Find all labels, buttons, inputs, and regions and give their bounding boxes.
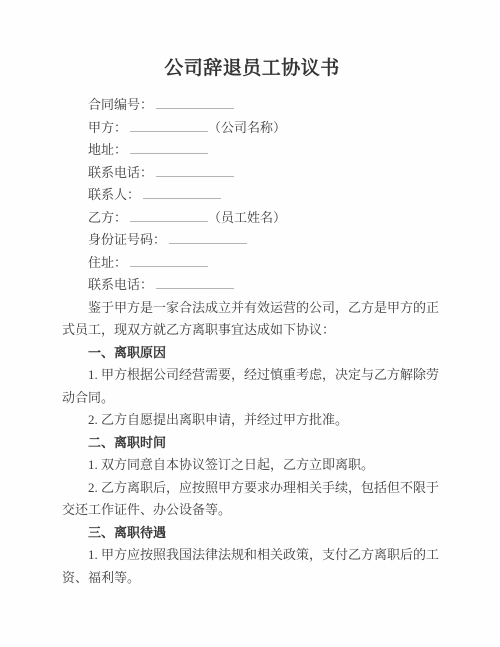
field-label: 合同编号：	[88, 97, 153, 112]
blank-underline	[156, 164, 234, 177]
clause-paragraph: 1. 甲方应按照我国法律法规和相关政策，支付乙方离职后的工资、福利等。	[62, 544, 442, 589]
field-row-contract-number: 合同编号：	[62, 94, 442, 117]
blank-underline	[130, 209, 208, 222]
field-row-party-b: 乙方：（员工姓名）	[62, 207, 442, 230]
clause-paragraph: 2. 乙方离职后，应按照甲方要求办理相关手续，包括但不限于交还工作证件、办公设备…	[62, 477, 442, 522]
blank-underline	[130, 141, 208, 154]
field-suffix: （员工姓名）	[208, 210, 286, 225]
contract-fields: 合同编号： 甲方：（公司名称） 地址： 联系电话： 联系人： 乙方：（员工姓名）…	[62, 94, 442, 297]
field-label: 住址：	[88, 255, 127, 270]
clause-paragraph: 1. 双方同意自本协议签订之日起，乙方立即离职。	[62, 454, 442, 477]
section-heading-1: 一、离职原因	[62, 342, 442, 365]
field-label: 联系电话：	[88, 165, 153, 180]
field-label: 地址：	[88, 142, 127, 157]
agreement-body: 鉴于甲方是一家合法成立并有效运营的公司，乙方是甲方的正式员工，现双方就乙方离职事…	[62, 297, 442, 590]
preamble-paragraph: 鉴于甲方是一家合法成立并有效运营的公司，乙方是甲方的正式员工，现双方就乙方离职事…	[62, 297, 442, 342]
field-label: 身份证号码：	[88, 232, 166, 247]
field-row-contact-person: 联系人：	[62, 184, 442, 207]
blank-underline	[156, 96, 234, 109]
clause-paragraph: 2. 乙方自愿提出离职申请，并经过甲方批准。	[62, 409, 442, 432]
field-row-party-a: 甲方：（公司名称）	[62, 117, 442, 140]
blank-underline	[130, 119, 208, 132]
blank-underline	[156, 276, 234, 289]
field-label: 乙方：	[88, 210, 127, 225]
field-label: 联系人：	[88, 187, 140, 202]
document-title: 公司辞退员工协议书	[62, 55, 442, 82]
blank-underline	[143, 186, 221, 199]
field-row-phone-a: 联系电话：	[62, 162, 442, 185]
blank-underline	[169, 231, 247, 244]
blank-underline	[130, 254, 208, 267]
field-row-phone-b: 联系电话：	[62, 274, 442, 297]
clause-paragraph: 1. 甲方根据公司经营需要，经过慎重考虑，决定与乙方解除劳动合同。	[62, 364, 442, 409]
field-row-address: 地址：	[62, 139, 442, 162]
document-page: 公司辞退员工协议书 合同编号： 甲方：（公司名称） 地址： 联系电话： 联系人：…	[0, 0, 500, 647]
section-heading-2: 二、离职时间	[62, 432, 442, 455]
field-row-id-number: 身份证号码：	[62, 229, 442, 252]
field-label: 甲方：	[88, 120, 127, 135]
field-suffix: （公司名称）	[208, 120, 286, 135]
field-label: 联系电话：	[88, 277, 153, 292]
section-heading-3: 三、离职待遇	[62, 522, 442, 545]
field-row-residence: 住址：	[62, 252, 442, 275]
